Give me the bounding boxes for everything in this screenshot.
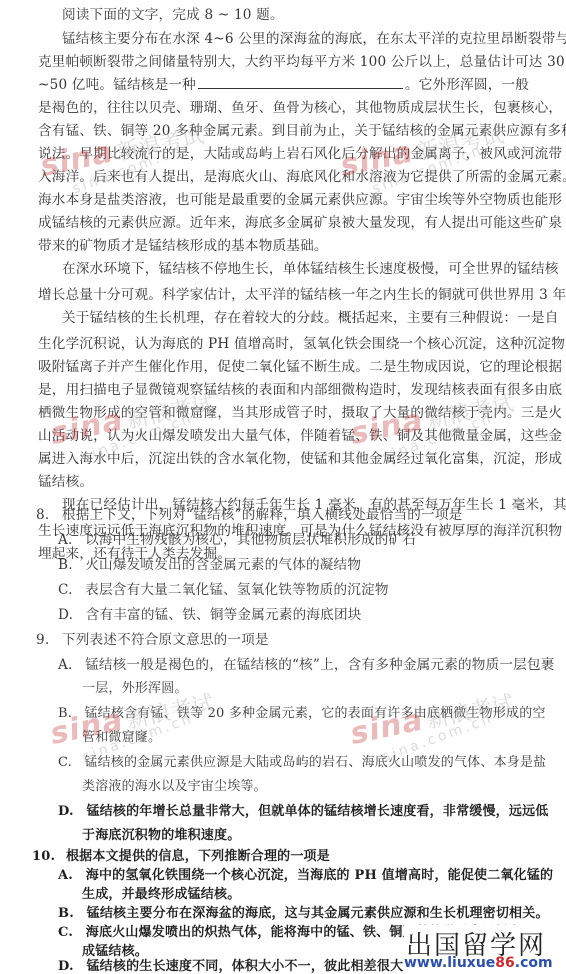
option-label: D. xyxy=(58,959,74,974)
site-logo: 出国留学网 www.liuxue86.com xyxy=(404,925,566,974)
site-logo-url: www.liuxue86.com xyxy=(404,955,553,971)
questions-tail-2: 成锰结核。 D. 锰结核的生长速度不同，体积大小不一，彼此相差很大，因此无法 xyxy=(0,0,566,974)
